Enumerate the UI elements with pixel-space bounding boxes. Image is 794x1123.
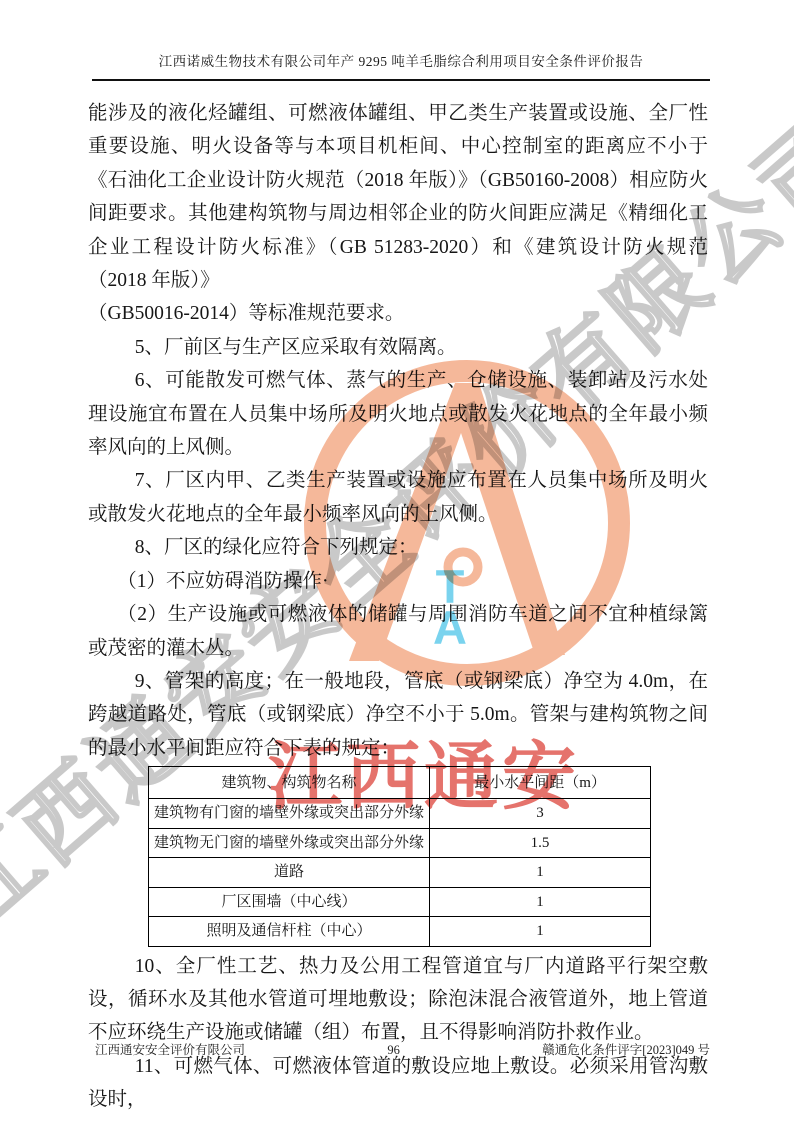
table-row: 建筑物有门窗的墙壁外缘或突出部分外缘 3 <box>149 799 651 829</box>
table-cell: 建筑物有门窗的墙壁外缘或突出部分外缘 <box>149 799 430 829</box>
table-cell: 1.5 <box>430 828 651 858</box>
paragraph: （2）生产设施或可燃液体的储罐与周围消防车道之间不宜种植绿篱或茂密的灌木丛。 <box>88 598 708 665</box>
table-cell: 1 <box>430 917 651 947</box>
table-row: 建筑物无门窗的墙壁外缘或突出部分外缘 1.5 <box>149 828 651 858</box>
paragraph: （GB50016-2014）等标准规范要求。 <box>88 297 708 330</box>
table-row: 道路 1 <box>149 858 651 888</box>
paragraph: 10、全厂性工艺、热力及公用工程管道宜与厂内道路平行架空敷设，循环水及其他水管道… <box>88 950 708 1050</box>
footer-company: 江西通安安全评价有限公司 <box>95 1040 245 1058</box>
paragraph: （1）不应妨碍消防操作· <box>88 565 708 598</box>
paragraph: 6、可能散发可燃气体、蒸气的生产、仓储设施、装卸站及污水处理设施宜布置在人员集中… <box>88 364 708 464</box>
header-title: 江西诺威生物技术有限公司年产 9295 吨羊毛脂综合利用项目安全条件评价报告 <box>159 54 644 69</box>
paragraph: 8、厂区的绿化应符合下列规定： <box>88 531 708 564</box>
paragraph: 11、可燃气体、可燃液体管道的敷设应地上敷设。必须采用管沟敷设时， <box>88 1050 708 1117</box>
page-footer: 江西通安安全评价有限公司 96 赣通危化条件评字[2023]049 号 <box>95 1040 710 1058</box>
table-cell: 照明及通信杆柱（中心） <box>149 917 430 947</box>
table-cell: 1 <box>430 887 651 917</box>
table-cell: 道路 <box>149 858 430 888</box>
table-cell: 建筑物无门窗的墙壁外缘或突出部分外缘 <box>149 828 430 858</box>
paragraph: 9、管架的高度；在一般地段，管底（或钢梁底）净空为 4.0m，在跨越道路处，管底… <box>88 665 708 765</box>
table-cell: 1 <box>430 858 651 888</box>
table-cell: 厂区围墙（中心线） <box>149 887 430 917</box>
paragraph: 能涉及的液化烃罐组、可燃液体罐组、甲乙类生产装置或设施、全厂性重要设施、明火设备… <box>88 97 708 297</box>
body-text: 能涉及的液化烃罐组、可燃液体罐组、甲乙类生产装置或设施、全厂性重要设施、明火设备… <box>88 97 708 1117</box>
table-header-cell: 最小水平间距（m） <box>430 767 651 799</box>
table-row: 厂区围墙（中心线） 1 <box>149 887 651 917</box>
footer-page-number: 96 <box>387 1043 400 1058</box>
document-page: 江西诺威生物技术有限公司年产 9295 吨羊毛脂综合利用项目安全条件评价报告 能… <box>0 0 794 1123</box>
spacing-table: 建筑物、构筑物名称 最小水平间距（m） 建筑物有门窗的墙壁外缘或突出部分外缘 3… <box>148 766 651 947</box>
table-header-cell: 建筑物、构筑物名称 <box>149 767 430 799</box>
table-header-row: 建筑物、构筑物名称 最小水平间距（m） <box>149 767 651 799</box>
table-row: 照明及通信杆柱（中心） 1 <box>149 917 651 947</box>
paragraph: 7、厂区内甲、乙类生产装置或设施应布置在人员集中场所及明火或散发火花地点的全年最… <box>88 464 708 531</box>
table-cell: 3 <box>430 799 651 829</box>
footer-doc-number: 赣通危化条件评字[2023]049 号 <box>542 1040 710 1058</box>
page-header: 江西诺威生物技术有限公司年产 9295 吨羊毛脂综合利用项目安全条件评价报告 <box>92 50 710 81</box>
paragraph: 5、厂前区与生产区应采取有效隔离。 <box>88 331 708 364</box>
